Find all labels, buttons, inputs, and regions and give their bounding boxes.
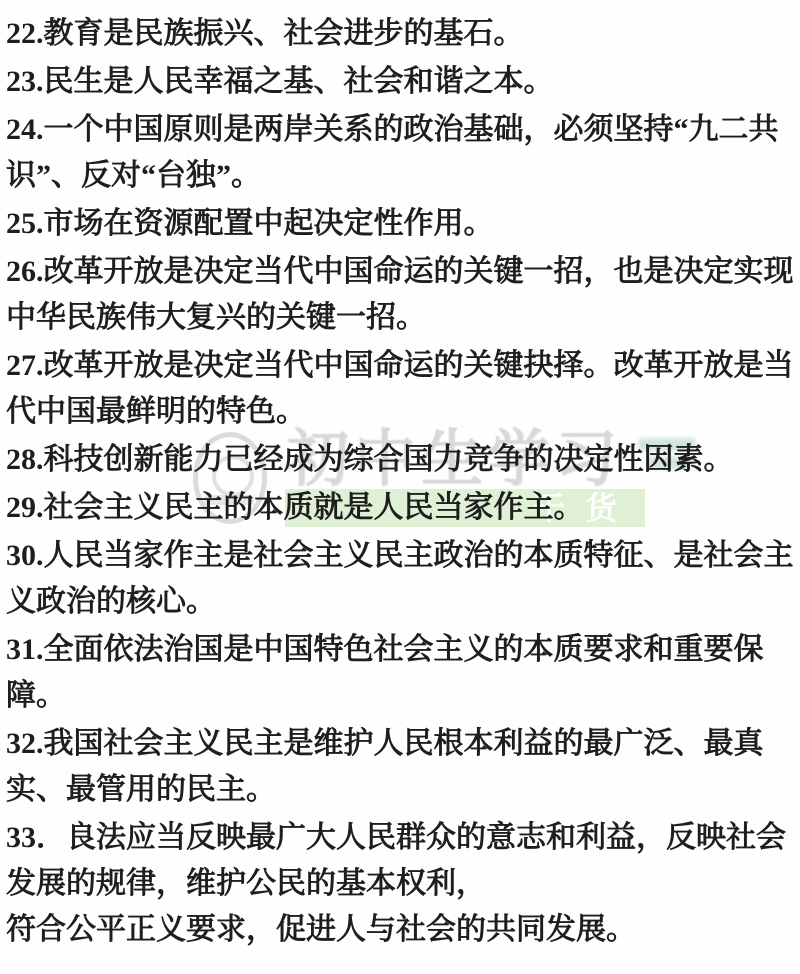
item-text: 社会主义民主的本质就是人民当家作主。: [44, 491, 584, 524]
item-number: 27.: [6, 349, 44, 382]
item-text: 一个中国原则是两岸关系的政治基础，必须坚持“九二共 识”、反对“台独”。: [6, 113, 779, 192]
statement-item: 28.科技创新能力已经成为综合国力竞争的决定性因素。: [6, 437, 798, 483]
item-number: 23.: [6, 65, 44, 98]
item-text: 良法应当反映最广大人民群众的意志和利益，反映社会 发展的规律，维护公民的基本权利…: [6, 821, 786, 946]
statement-item: 32.我国社会主义民主是维护人民根本利益的最广泛、最真 实、最管用的民主。: [6, 721, 798, 813]
statement-item: 23.民生是人民幸福之基、社会和谐之本。: [6, 59, 798, 105]
item-text: 改革开放是决定当代中国命运的关键一招，也是决定实现 中华民族伟大复兴的关键一招。: [6, 255, 794, 334]
item-number: 32.: [6, 727, 44, 760]
item-text: 我国社会主义民主是维护人民根本利益的最广泛、最真 实、最管用的民主。: [6, 727, 764, 806]
item-number: 22.: [6, 17, 44, 50]
item-number: 28.: [6, 443, 44, 476]
item-text: 民生是人民幸福之基、社会和谐之本。: [44, 65, 554, 98]
item-number: 33．: [6, 821, 66, 854]
statement-item: 22.教育是民族振兴、社会进步的基石。: [6, 11, 798, 57]
statement-item: 31.全面依法治国是中国特色社会主义的本质要求和重要保 障。: [6, 627, 798, 719]
item-number: 29.: [6, 491, 44, 524]
statements-list: 22.教育是民族振兴、社会进步的基石。 23.民生是人民幸福之基、社会和谐之本。…: [0, 0, 800, 974]
item-text: 教育是民族振兴、社会进步的基石。: [44, 17, 524, 50]
statement-item: 30.人民当家作主是社会主义民主政治的本质特征、是社会主 义政治的核心。: [6, 533, 798, 625]
item-number: 26.: [6, 255, 44, 288]
item-text: 人民当家作主是社会主义民主政治的本质特征、是社会主 义政治的核心。: [6, 539, 794, 618]
item-number: 24.: [6, 113, 44, 146]
item-text: 市场在资源配置中起决定性作用。: [44, 207, 494, 240]
item-number: 31.: [6, 633, 44, 666]
item-number: 25.: [6, 207, 44, 240]
statement-item: 29.社会主义民主的本质就是人民当家作主。: [6, 485, 798, 531]
item-text: 科技创新能力已经成为综合国力竞争的决定性因素。: [44, 443, 734, 476]
item-number: 30.: [6, 539, 44, 572]
statement-item: 25.市场在资源配置中起决定性作用。: [6, 201, 798, 247]
item-text: 全面依法治国是中国特色社会主义的本质要求和重要保 障。: [6, 633, 764, 712]
statement-item: 33．良法应当反映最广大人民群众的意志和利益，反映社会 发展的规律，维护公民的基…: [6, 815, 798, 953]
document-page: 初中生学习 干货 22.教育是民族振兴、社会进步的基石。 23.民生是人民幸福之…: [0, 0, 800, 974]
statement-item: 26.改革开放是决定当代中国命运的关键一招，也是决定实现 中华民族伟大复兴的关键…: [6, 249, 798, 341]
item-text: 改革开放是决定当代中国命运的关键抉择。改革开放是当 代中国最鲜明的特色。: [6, 349, 794, 428]
statement-item: 27.改革开放是决定当代中国命运的关键抉择。改革开放是当 代中国最鲜明的特色。: [6, 343, 798, 435]
statement-item: 24.一个中国原则是两岸关系的政治基础，必须坚持“九二共 识”、反对“台独”。: [6, 107, 798, 199]
